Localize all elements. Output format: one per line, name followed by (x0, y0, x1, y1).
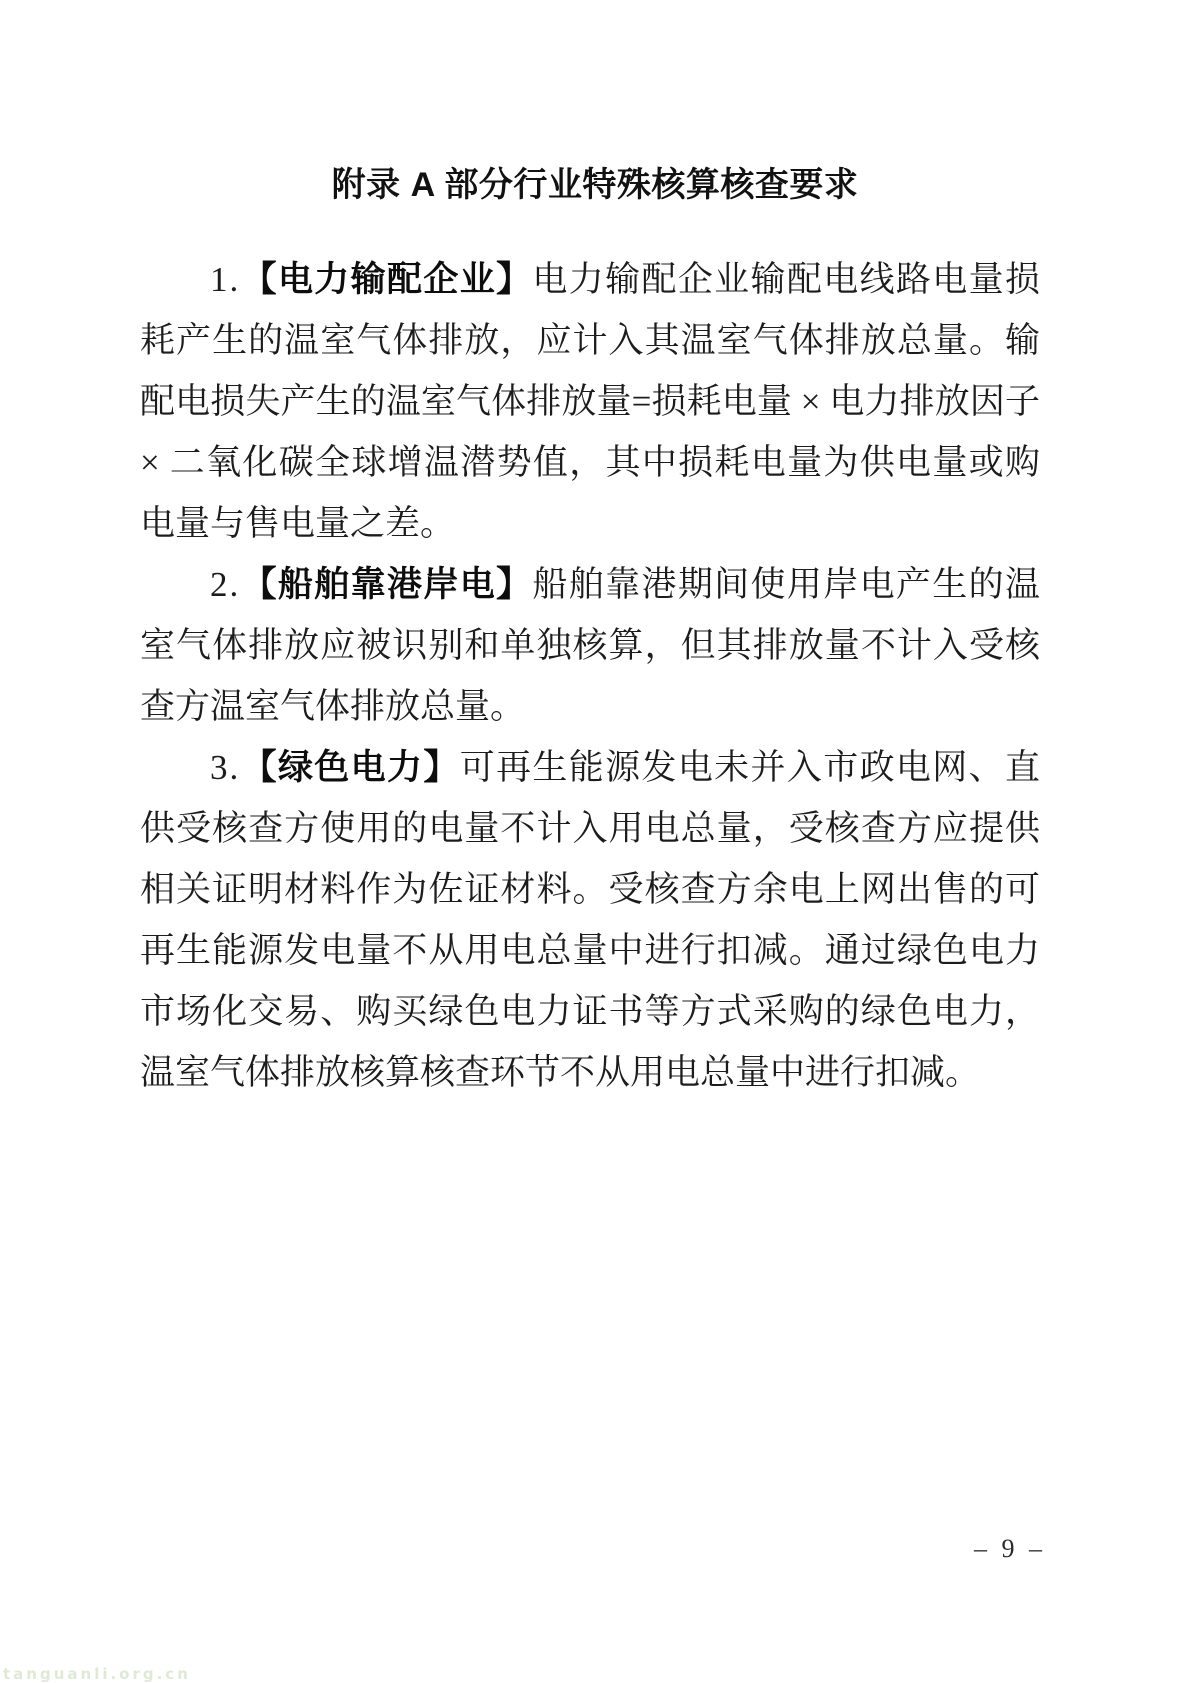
section-tag: 【绿色电力】 (240, 748, 459, 787)
document-body: 1.【电力输配企业】电力输配企业输配电线路电量损耗产生的温室气体排放，应计入其温… (140, 249, 1040, 1103)
paragraph-green-power: 3.【绿色电力】可再生能源发电未并入市政电网、直供受核查方使用的电量不计入用电总… (140, 737, 1040, 1103)
section-tag: 【电力输配企业】 (240, 260, 532, 299)
paragraph-text: 电力输配企业输配电线路电量损耗产生的温室气体排放，应计入其温室气体排放总量。输配… (140, 260, 1040, 543)
paragraph-number: 2. (210, 565, 240, 604)
page-title: 附录 A 部分行业特殊核算核查要求 (0, 163, 1190, 207)
paragraph-number: 1. (210, 260, 240, 299)
paragraph-shore-power: 2.【船舶靠港岸电】船舶靠港期间使用岸电产生的温室气体排放应被识别和单独核算，但… (140, 554, 1040, 737)
paragraph-number: 3. (210, 748, 240, 787)
page-number: – 9 – (955, 1534, 1065, 1564)
section-tag: 【船舶靠港岸电】 (240, 565, 532, 604)
watermark-text: tanguanli.org.cn (3, 1665, 191, 1683)
paragraph-text: 可再生能源发电未并入市政电网、直供受核查方使用的电量不计入用电总量，受核查方应提… (140, 748, 1040, 1092)
document-page: 附录 A 部分行业特殊核算核查要求 1.【电力输配企业】电力输配企业输配电线路电… (0, 0, 1190, 1683)
paragraph-power-transmission: 1.【电力输配企业】电力输配企业输配电线路电量损耗产生的温室气体排放，应计入其温… (140, 249, 1040, 554)
